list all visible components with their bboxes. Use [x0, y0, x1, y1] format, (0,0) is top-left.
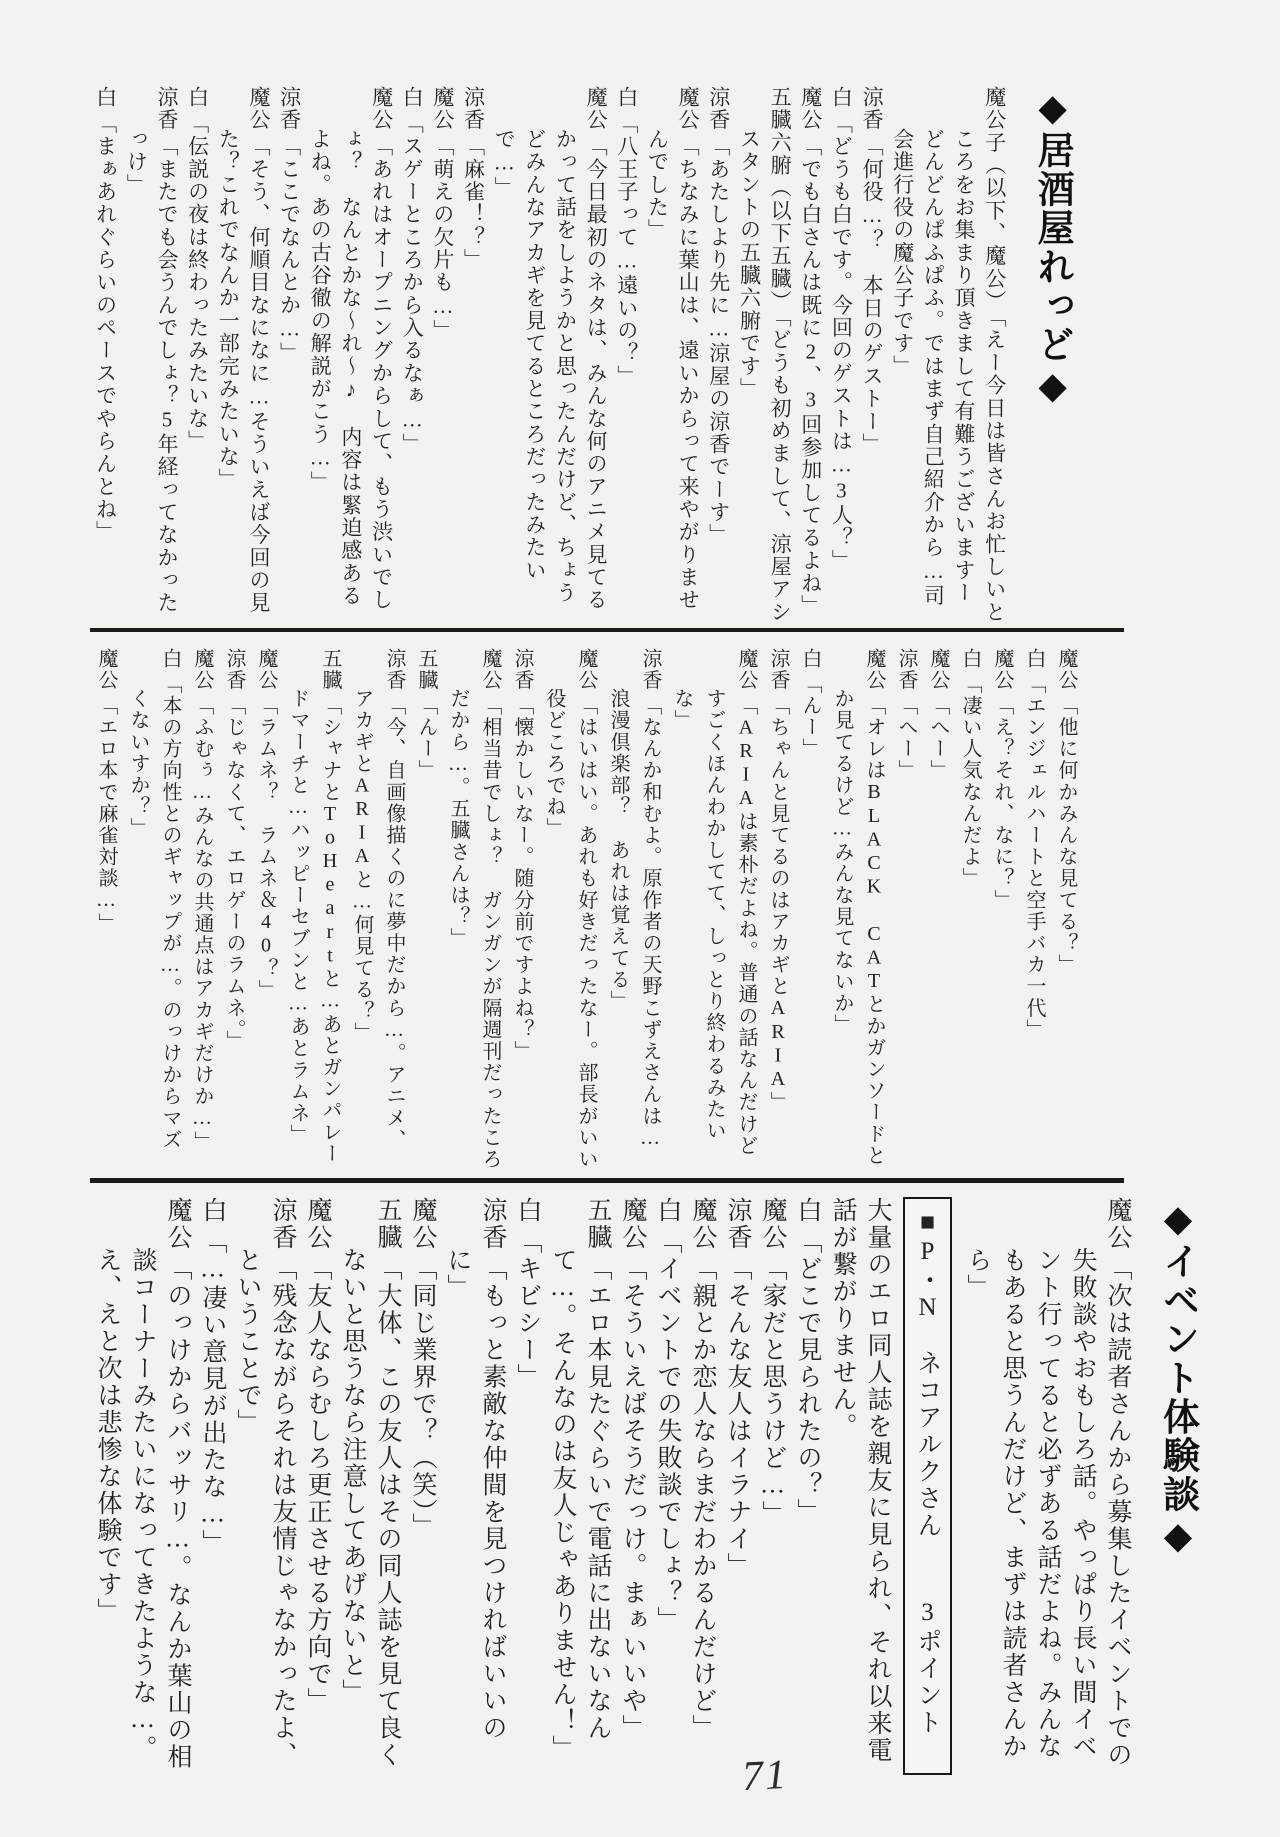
speaker-label: 魔公 [575, 648, 597, 691]
speaker-label: 涼香 [383, 648, 405, 691]
dialogue-line: 魔公「でも白さんは既に2、3回参加してるよね」 [795, 86, 826, 624]
speaker-label: 五臓 [584, 1197, 611, 1251]
section-divider [90, 1178, 1124, 1183]
dialogue-text: 「家だと思うけど…」 [759, 1256, 786, 1528]
dialogue-text: 「そう、何順目なになに…そういえば今回の見た？これでなんか一部完みたいな」 [216, 128, 271, 614]
dialogue-line: 白「凄い人気なんだよ」 [954, 648, 986, 1170]
dialogue-text: 「他に何かみんな見てる？」 [1055, 695, 1077, 976]
dialogue-text: 「相当昔でしょ？ ガンガンが隔週刊だったころだから…。五臓さんは？」 [447, 688, 501, 1170]
speaker-label: 白 [615, 86, 639, 109]
dialogue-text: 「ちなみに葉山は、遠いからって来やがりませんでした」 [645, 128, 700, 611]
speaker-label: 魔公 [863, 648, 885, 691]
section-title-izakaya: ◆居酒屋れっど◆ [1032, 86, 1073, 624]
speaker-label: 涼香 [860, 86, 884, 131]
dialogue-line: 魔公「友人ならむしろ更正させる方向で」 [300, 1197, 335, 1775]
dialogue-line: 魔公「ラムネ？ ラムネ＆40？」 [250, 648, 282, 1170]
speaker-label: 五臓 [415, 648, 437, 691]
dialogue-text: 「あれはオープニングからして、もう渋いでしょ？ なんとかな〜れ〜♪ 内容は緊迫感… [308, 128, 393, 611]
dialogue-line: 白「…凄い意見が出たな…」 [195, 1197, 230, 1775]
section-title-event: ◆イベント体験談◆ [1157, 1197, 1198, 1775]
dialogue-line: 白「エンジェルハートと空手バカ一代」 [1018, 648, 1050, 1170]
dialogue-line: ■P・N ネコアルクさん3ポイント [903, 1197, 952, 1775]
dialogue-text: 「どうも白です。今回のゲストは…3人？」 [829, 112, 853, 572]
speaker-label: 魔公 [431, 86, 455, 131]
dialogue-line: 魔公「はいはい。あれも好きだったなー。部長がいい役どころでね」 [538, 648, 602, 1170]
dialogue-text: 「ちゃんと見てるのはアカギとARIA」 [767, 695, 789, 1113]
dialogue-line: 魔公「エロ本で麻雀対談…」 [90, 648, 122, 1170]
dialogue-line: 白「イベントでの失敗談でしょ？」 [650, 1197, 685, 1775]
dialogue-text: 「今、自画像描くのに夢中だから…。アニメ、アカギとARIAと…何見てる？」 [351, 688, 405, 1150]
speaker-label: 白 [794, 1197, 821, 1224]
speaker-label: 涼香 [639, 648, 661, 691]
dialogue-text: 「じゃなくて、エロゲーのラムネ。」 [223, 695, 245, 1052]
dialogue-line: 白「どこで見られたの？」 [790, 1197, 825, 1775]
speaker-label: 魔公 [584, 86, 608, 131]
dialogue-line: 涼香「今、自画像描くのに夢中だから…。アニメ、アカギとARIAと…何見てる？」 [346, 648, 410, 1170]
dialogue-line: 涼香「何役…？ 本日のゲストー」 [856, 86, 887, 624]
speaker-label: 魔公 [191, 648, 213, 691]
dialogue-line: 魔公「そういえばそうだっけ。まぁいいや」 [615, 1197, 650, 1775]
dialogue-line: 大量のエロ同人誌を親友に見られ、それ以来電話が繋がりません。 [825, 1197, 895, 1775]
section-izakaya-red: ◆居酒屋れっど◆ 魔公子（以下、魔公）「えー今日は皆さんお忙しいところをお集まり… [90, 86, 1091, 624]
dialogue-line: 白「スゲーところから入るなぁ…」 [397, 86, 428, 624]
speaker-label: 白 [199, 1197, 226, 1224]
dialogue-line: 魔公「相当昔でしょ？ ガンガンが隔週刊だったころだから…。五臓さんは？」 [442, 648, 506, 1170]
dialogue-line: 涼香「麻雀！？」 [458, 86, 489, 624]
speaker-label: 魔公 [689, 1197, 716, 1251]
speaker-label: 五臓 [319, 648, 341, 691]
dialogue-text: 「凄い人気なんだよ」 [959, 673, 981, 889]
speaker-label: 涼香 [707, 86, 731, 131]
speaker-label: 白 [94, 86, 118, 109]
dialogue-line: 涼香「もっと素敵な仲間を見つければいいのに」 [440, 1197, 510, 1775]
dialogue-text: 「シャナとToHeartと…あとガンパレードマーチと…ハッピーセブンと…あとラム… [287, 688, 341, 1164]
dialogue-line: 涼香「またでも会うんでしょ？5年経ってなかったっけ」 [121, 86, 182, 624]
dialogue-line: 魔公「ふむぅ…みんなの共通点はアカギだけか…」 [186, 648, 218, 1170]
dialogue-text: 「同じ業界で？（笑）」 [409, 1256, 436, 1541]
speaker-label: 白 [514, 1197, 541, 1224]
text-content-area: ◆居酒屋れっど◆ 魔公子（以下、魔公）「えー今日は皆さんお忙しいところをお集まり… [90, 0, 1124, 1775]
dialogue-line: 魔公「へー」 [922, 648, 954, 1170]
dialogue-text: 「あたしより先に…涼屋の涼香でーす」 [707, 135, 731, 546]
speaker-label: 涼香 [269, 1197, 296, 1251]
dialogue-line: 魔公子（以下、魔公）「えー今日は皆さんお忙しいところをお集まり頂きまして有難うご… [887, 86, 1010, 624]
dialogue-line: 涼香「懐かしいなー。随分前ですよね？」 [506, 648, 538, 1170]
speaker-label: 魔公 [735, 648, 757, 691]
dialogue-text: 「本の方向性とのギャップが…。のっけからマズくないすか？」 [127, 673, 181, 1150]
dialogue-text: 「またでも会うんでしょ？5年経ってなかったっけ」 [124, 128, 179, 614]
speaker-label: 魔公 [95, 648, 117, 691]
dialogue-text: 「ラムネ？ ラムネ＆40？」 [255, 695, 277, 1001]
dialogue-line: 五臓「んー」 [410, 648, 442, 1170]
speaker-label: 白 [159, 648, 181, 670]
speaker-label: 涼香 [511, 648, 533, 691]
dialogue-text: 「キビシー」 [514, 1229, 541, 1391]
speaker-label: 魔公 [1104, 1197, 1131, 1251]
dialogue-line: 白「まぁあれぐらいのペースでやらんとね」 [90, 86, 121, 624]
speaker-label: 白 [959, 648, 981, 670]
dialogue-line: 五臓六腑（以下五臓）「どうも初めまして、涼屋アシスタントの五臓六腑です」 [734, 86, 795, 624]
speaker-label: 涼香 [767, 648, 789, 691]
speaker-label: 五臓 [374, 1197, 401, 1251]
dialogue-line: 涼香「じゃなくて、エロゲーのラムネ。」 [218, 648, 250, 1170]
dialogue-line: 白「八王子って…遠いの？」 [611, 86, 642, 624]
dialogue-text: 「懐かしいなー。随分前ですよね？」 [511, 695, 533, 1062]
dialogue-text: 「麻雀！？」 [462, 135, 486, 271]
dialogue-line: 涼香「ちゃんと見てるのはアカギとARIA」 [762, 648, 794, 1170]
dialogue-text: 「伝説の夜は終わったみたいな」 [186, 112, 210, 452]
dialogue-text: 「のっけからバッサリ…。なんか葉山の相談コーナーみたいになってきたような…。え、… [94, 1247, 191, 1771]
dialogue-text: 「んー」 [415, 695, 437, 781]
dialogue-text: 「友人ならむしろ更正させる方向で」 [304, 1256, 331, 1715]
speaker-label: 魔公 [927, 648, 949, 691]
speaker-label: 五臓六腑（以下五臓） [768, 86, 792, 313]
dialogue-line: 涼香「なんか和むよ。原作者の天野こずえさんは…浪漫倶楽部？ あれは覚えてる」 [602, 648, 666, 1170]
dialogue-line: 涼香「そんな友人はイラナイ」 [720, 1197, 755, 1775]
speaker-label: 涼香 [155, 86, 179, 131]
dialogue-text: 「スゲーところから入るなぁ…」 [400, 112, 424, 455]
dialogue-text: 「まぁあれぐらいのペースでやらんとね」 [94, 112, 118, 543]
dialogue-text: ■P・N ネコアルクさん [914, 1209, 941, 1539]
section-anime-talk: 魔公「他に何かみんな見てる？」 白「エンジェルハートと空手バカ一代」 魔公「え？… [90, 648, 1082, 1170]
dialogue-line: 白「伝説の夜は終わったみたいな」 [182, 86, 213, 624]
dialogue-text: 「…凄い意見が出たな…」 [199, 1229, 226, 1557]
speaker-label: 魔公 [799, 86, 823, 131]
dialogue-line: 涼香「残念ながらそれは友情じゃなかったよ、ということで」 [230, 1197, 300, 1775]
dialogue-line: 魔公「そう、何順目なになに…そういえば今回の見た？これでなんか一部完みたいな」 [213, 86, 274, 624]
dialogue-line: 五臓「大体、この友人はその同人誌を見て良くないと思うなら注意してあげないと」 [335, 1197, 405, 1775]
dialogue-line: 魔公「次は読者さんから募集したイベントでの失敗談やおもしろ話。やっぱり長い間イベ… [960, 1197, 1135, 1775]
dialogue-line: 魔公「あれはオープニングからして、もう渋いでしょ？ なんとかな〜れ〜♪ 内容は緊… [305, 86, 397, 624]
dialogue-text: 「オレはBLACK CATとかガンソードとか見てるけど…みんな見てないか」 [831, 688, 885, 1166]
speaker-label: 魔公 [676, 86, 700, 131]
dialogue-text: 「今日最初のネタは、みんな何のアニメ見てるかって話をしようかと思ったんだけど、ち… [492, 128, 608, 611]
dialogue-text: 「んー」 [799, 673, 821, 759]
dialogue-text: 「でも白さんは既に2、3回参加してるよね」 [799, 135, 823, 617]
speaker-label: 魔公 [991, 648, 1013, 691]
dialogue-line: 五臓「エロ本見たぐらいで電話に出ないなんて…。そんなのは友人じゃありません！」 [545, 1197, 615, 1775]
dialogue-text: 「ふむぅ…みんなの共通点はアカギだけか…」 [191, 695, 213, 1153]
dialogue-line: 魔公「ちなみに葉山は、遠いからって来やがりませんでした」 [642, 86, 703, 624]
speaker-label: 魔公 [164, 1197, 191, 1251]
dialogue-text: 「ARIAは素朴だよね。普通の話なんだけどすごくほんわかしてて、しっとり終わるみ… [671, 688, 757, 1156]
dialogue-line: 五臓「シャナとToHeartと…あとガンパレードマーチと…ハッピーセブンと…あと… [282, 648, 346, 1170]
document-page: ◆居酒屋れっど◆ 魔公子（以下、魔公）「えー今日は皆さんお忙しいところをお集まり… [0, 0, 1280, 1837]
speaker-label: 白 [829, 86, 853, 109]
points-label: 3ポイント [914, 1599, 941, 1736]
dialogue-text: 「八王子って…遠いの？」 [615, 112, 639, 387]
dialogue-text: 「そういえばそうだっけ。まぁいいや」 [619, 1256, 646, 1742]
dialogue-text: 「もっと素敵な仲間を見つければいいのに」 [444, 1247, 506, 1742]
dialogue-text: 「なんか和むよ。原作者の天野こずえさんは…浪漫倶楽部？ あれは覚えてる」 [607, 688, 661, 1150]
dialogue-line: 白「本の方向性とのギャップが…。のっけからマズくないすか？」 [122, 648, 186, 1170]
page-number: 71 [741, 1751, 789, 1801]
dialogue-text: 「萌えの欠片も…」 [431, 135, 455, 342]
dialogue-text: 「へー」 [895, 695, 917, 781]
dialogue-line: 涼香「へー」 [890, 648, 922, 1170]
speaker-label: 魔公 [409, 1197, 436, 1251]
dialogue-text: 「エロ本で麻雀対談…」 [95, 695, 117, 935]
dialogue-text: 「え？それ、なに？」 [991, 695, 1013, 911]
dialogue-line: 白「キビシー」 [510, 1197, 545, 1775]
dialogue-text: 大量のエロ同人誌を親友に見られ、それ以来電話が繋がりません。 [829, 1197, 891, 1764]
dialogue-line: 魔公「他に何かみんな見てる？」 [1050, 648, 1082, 1170]
speaker-label: 魔公 [304, 1197, 331, 1251]
dialogue-line: 魔公「今日最初のネタは、みんな何のアニメ見てるかって話をしようかと思ったんだけど… [489, 86, 612, 624]
speaker-label: 涼香 [479, 1197, 506, 1251]
dialogue-text: 「どこで見られたの？」 [794, 1229, 821, 1526]
dialogue-line: 魔公「親とか恋人ならまだわかるんだけど」 [685, 1197, 720, 1775]
dialogue-line: 魔公「オレはBLACK CATとかガンソードとか見てるけど…みんな見てないか」 [826, 648, 890, 1170]
speaker-label: 白 [1023, 648, 1045, 670]
speaker-label: 魔公 [479, 648, 501, 691]
dialogue-line: 涼香「あたしより先に…涼屋の涼香でーす」 [703, 86, 734, 624]
speaker-label: 魔公 [759, 1197, 786, 1251]
dialogue-text: 「ここでなんとか…」 [278, 135, 302, 365]
dialogue-line: 魔公「同じ業界で？（笑）」 [405, 1197, 440, 1775]
dialogue-text: 「へー」 [927, 695, 949, 781]
speaker-label: 魔公 [370, 86, 394, 131]
speaker-label: 涼香 [278, 86, 302, 131]
speaker-label: 魔公 [255, 648, 277, 691]
dialogue-line: 魔公「ARIAは素朴だよね。普通の話なんだけどすごくほんわかしてて、しっとり終わ… [666, 648, 762, 1170]
speaker-label: 魔公 [619, 1197, 646, 1251]
dialogue-line: 白「んー」 [794, 648, 826, 1170]
speaker-label: 魔公 [247, 86, 271, 131]
dialogue-text: 「残念ながらそれは友情じゃなかったよ、ということで」 [234, 1247, 296, 1769]
speaker-label: 涼香 [895, 648, 917, 691]
dialogue-line: 涼香「ここでなんとか…」 [274, 86, 305, 624]
dialogue-text: 「はいはい。あれも好きだったなー。部長がいい役どころでね」 [543, 688, 597, 1170]
dialogue-line: 魔公「え？それ、なに？」 [986, 648, 1018, 1170]
dialogue-text: 「そんな友人はイラナイ」 [724, 1256, 751, 1580]
speaker-label: 白 [654, 1197, 681, 1224]
speaker-label: 魔公 [1055, 648, 1077, 691]
speaker-label: 涼香 [462, 86, 486, 131]
dialogue-text: 「イベントでの失敗談でしょ？」 [654, 1229, 681, 1634]
dialogue-line: 魔公「家だと思うけど…」 [755, 1197, 790, 1775]
speaker-label: 白 [186, 86, 210, 109]
speaker-label: 白 [400, 86, 424, 109]
section-divider [90, 628, 1124, 632]
dialogue-line: 魔公「のっけからバッサリ…。なんか葉山の相談コーナーみたいになってきたような…。… [90, 1197, 195, 1775]
dialogue-text: 「エンジェルハートと空手バカ一代」 [1023, 673, 1045, 1040]
dialogue-line: 白「どうも白です。今回のゲストは…3人？」 [826, 86, 857, 624]
dialogue-text: 「大体、この友人はその同人誌を見て良くないと思うなら注意してあげないと」 [339, 1247, 401, 1769]
dialogue-text: 「親とか恋人ならまだわかるんだけど」 [689, 1256, 716, 1742]
section-event-taikendan: ◆イベント体験談◆ 魔公「次は読者さんから募集したイベントでの失敗談やおもしろ話… [90, 1197, 1216, 1775]
speaker-label: 魔公子（以下、魔公） [983, 86, 1007, 313]
dialogue-line: 魔公「萌えの欠片も…」 [427, 86, 458, 624]
speaker-label: 白 [799, 648, 821, 670]
dialogue-text: 「次は読者さんから募集したイベントでの失敗談やおもしろ話。やっぱり長い間イベント… [964, 1247, 1131, 1769]
dialogue-text: 「何役…？ 本日のゲストー」 [860, 135, 884, 456]
dialogue-text: 「エロ本見たぐらいで電話に出ないなんて…。そんなのは友人じゃありません！」 [549, 1247, 611, 1762]
speaker-label: 涼香 [223, 648, 245, 691]
speaker-label: 涼香 [724, 1197, 751, 1251]
